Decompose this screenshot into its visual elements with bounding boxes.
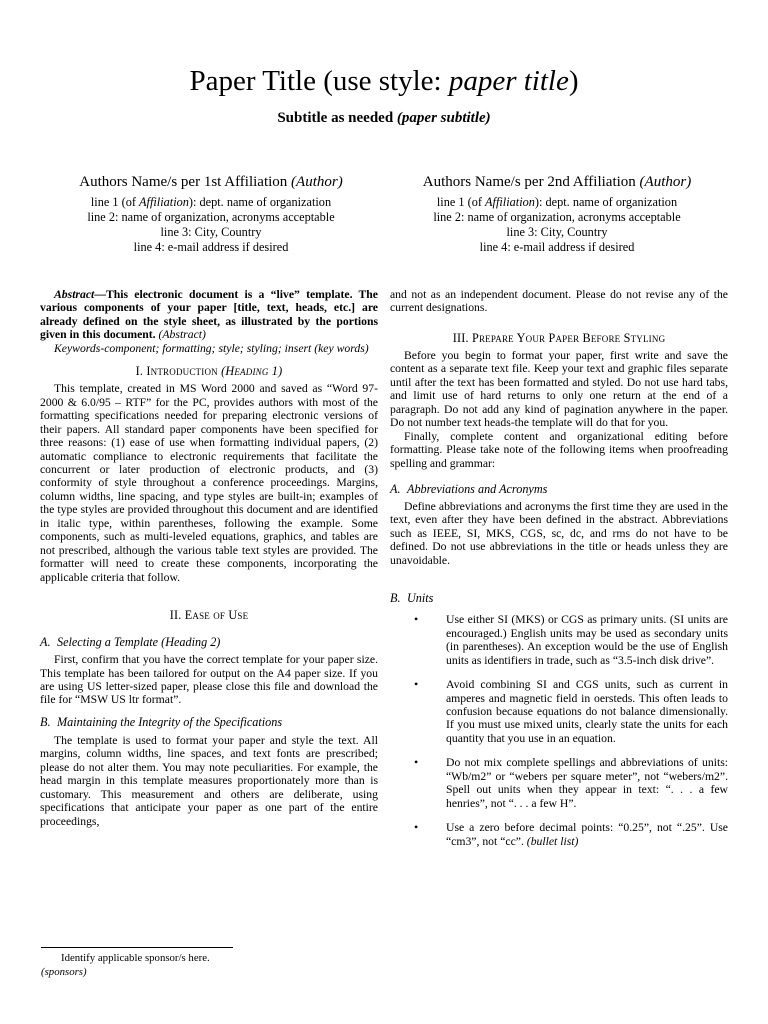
subsection-title: Maintaining the Integrity of the Specifi…	[57, 715, 282, 729]
author-affiliation-line: line 3: City, Country	[40, 225, 382, 240]
subsection-title: Units	[407, 591, 433, 605]
footnote-rule	[41, 947, 233, 948]
prepare-paragraph-1: Before you begin to format your paper, f…	[390, 349, 728, 430]
paper-title: Paper Title (use style: paper title)	[0, 0, 768, 99]
subsection-title: Selecting a Template (Heading 2)	[57, 635, 220, 649]
footnote: Identify applicable sponsor/s here. (spo…	[41, 947, 379, 979]
abstract-paragraph: Abstract—This electronic document is a “…	[40, 288, 378, 342]
subsection-label: A.	[390, 482, 407, 497]
author-affiliation-line: line 1 (of Affiliation): dept. name of o…	[40, 195, 382, 210]
keywords-paragraph: Keywords-component; formatting; style; s…	[40, 342, 378, 355]
footnote-sponsors-label: (sponsors)	[41, 966, 379, 980]
author-affiliation-line: line 1 (of Affiliation): dept. name of o…	[386, 195, 728, 210]
subsection-label: B.	[390, 591, 407, 606]
author-block-2: Authors Name/s per 2nd Affiliation (Auth…	[386, 173, 728, 255]
authors-section: Authors Name/s per 1st Affiliation (Auth…	[0, 173, 768, 255]
units-bullet-item: Do not mix complete spellings and abbrev…	[446, 756, 728, 810]
author-name: Authors Name/s per 2nd Affiliation (Auth…	[386, 173, 728, 192]
subsection-heading-maintaining-integrity: B.Maintaining the Integrity of the Speci…	[40, 715, 378, 730]
abbreviations-paragraph: Define abbreviations and acronyms the fi…	[390, 500, 728, 567]
left-column: Abstract—This electronic document is a “…	[40, 288, 378, 859]
two-column-body: Abstract—This electronic document is a “…	[0, 288, 768, 859]
selecting-template-paragraph: First, confirm that you have the correct…	[40, 653, 378, 707]
subsection-label: B.	[40, 715, 57, 730]
footnote-sponsor-line: Identify applicable sponsor/s here.	[41, 952, 379, 966]
subsection-heading-units: B.Units	[390, 591, 728, 606]
paper-subtitle: Subtitle as needed (paper subtitle)	[0, 109, 768, 128]
author-affiliation-line: line 4: e-mail address if desired	[386, 240, 728, 255]
units-bullet-item: Use either SI (MKS) or CGS as primary un…	[446, 613, 728, 667]
author-affiliation-line: line 3: City, Country	[386, 225, 728, 240]
author-affiliation-line: line 4: e-mail address if desired	[40, 240, 382, 255]
introduction-paragraph: This template, created in MS Word 2000 a…	[40, 382, 378, 584]
maintaining-integrity-paragraph: The template is used to format your pape…	[40, 734, 378, 828]
subsection-title: Abbreviations and Acronyms	[407, 482, 547, 496]
author-name: Authors Name/s per 1st Affiliation (Auth…	[40, 173, 382, 192]
units-bullet-item: Avoid combining SI and CGS units, such a…	[446, 678, 728, 745]
subsection-heading-abbreviations: A.Abbreviations and Acronyms	[390, 482, 728, 497]
author-affiliation-line: line 2: name of organization, acronyms a…	[40, 210, 382, 225]
prepare-paragraph-2: Finally, complete content and organizati…	[390, 430, 728, 470]
continuation-paragraph: and not as an independent document. Plea…	[390, 288, 728, 315]
right-column: and not as an independent document. Plea…	[390, 288, 728, 859]
units-bullet-item: Use a zero before decimal points: “0.25”…	[446, 821, 728, 848]
paper-page: Paper Title (use style: paper title) Sub…	[0, 0, 768, 1024]
subsection-label: A.	[40, 635, 57, 650]
section-heading-introduction: I. Introduction (Heading 1)	[40, 364, 378, 378]
author-affiliation-line: line 2: name of organization, acronyms a…	[386, 210, 728, 225]
section-heading-ease-of-use: II. Ease of Use	[40, 608, 378, 622]
author-block-1: Authors Name/s per 1st Affiliation (Auth…	[40, 173, 382, 255]
section-heading-prepare-paper: III. Prepare Your Paper Before Styling	[390, 331, 728, 345]
subsection-heading-selecting-template: A.Selecting a Template (Heading 2)	[40, 635, 378, 650]
units-bullet-list: Use either SI (MKS) or CGS as primary un…	[390, 613, 728, 848]
